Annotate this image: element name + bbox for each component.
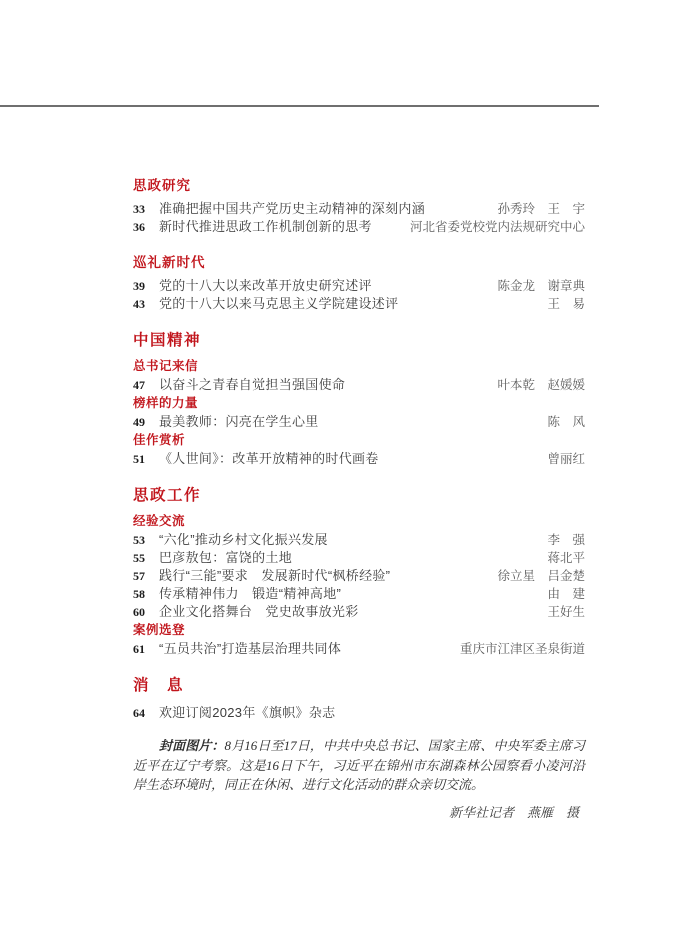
toc-entry: 60企业文化搭舞台 党史故事放光彩王好生 [133, 603, 585, 621]
section-heading: 巡礼新时代 [133, 255, 585, 271]
entry-author: 徐立星 吕金楚 [489, 567, 585, 585]
subsection-heading: 案例选登 [133, 623, 585, 638]
entry-page-number: 55 [133, 549, 159, 567]
entry-page-number: 47 [133, 376, 159, 394]
toc-group: 经验交流53“六化”推动乡村文化振兴发展李 强55巴彦敖包：富饶的土地蒋北平57… [133, 514, 585, 621]
entry-title: 《人世间》：改革开放精神的时代画卷 [159, 450, 539, 468]
section-heading: 思政工作 [133, 487, 585, 505]
cover-note: 封面图片：8月16日至17日，中共中央总书记、国家主席、中央军委主席习近平在辽宁… [133, 736, 585, 821]
entry-author: 孙秀玲 王 宇 [489, 200, 585, 218]
toc-group: 榜样的力量49最美教师：闪亮在学生心里陈 风 [133, 396, 585, 431]
entry-title: 践行“三能”要求 发展新时代“枫桥经验” [159, 567, 489, 585]
entry-author: 王 易 [539, 295, 585, 313]
entry-author: 李 强 [539, 531, 585, 549]
toc-content: 思政研究33准确把握中国共产党历史主动精神的深刻内涵孙秀玲 王 宇36新时代推进… [133, 178, 585, 741]
entry-page-number: 49 [133, 413, 159, 431]
entry-page-number: 36 [133, 218, 159, 236]
entry-author: 王好生 [539, 603, 585, 621]
toc-section: 中国精神总书记来信47以奋斗之青春自觉担当强国使命叶本乾 赵媛媛榜样的力量49最… [133, 332, 585, 468]
toc-group: 64欢迎订阅2023年《旗帜》杂志 [133, 704, 585, 722]
toc-entry: 43党的十八大以来马克思主义学院建设述评王 易 [133, 295, 585, 313]
entry-author: 由 建 [539, 585, 585, 603]
entry-title: 传承精神伟力 锻造“精神高地” [159, 585, 539, 603]
entry-page-number: 57 [133, 567, 159, 585]
toc-entry: 61“五员共治”打造基层治理共同体重庆市江津区圣泉街道 [133, 640, 585, 658]
entry-title: 新时代推进思政工作机制创新的思考 [159, 218, 402, 236]
subsection-heading: 总书记来信 [133, 359, 585, 374]
entry-title: 欢迎订阅2023年《旗帜》杂志 [159, 704, 577, 722]
entry-title: 党的十八大以来改革开放史研究述评 [159, 277, 489, 295]
entry-page-number: 61 [133, 640, 159, 658]
entry-title: 以奋斗之青春自觉担当强国使命 [159, 376, 489, 394]
subsection-heading: 佳作赏析 [133, 433, 585, 448]
toc-entry: 47以奋斗之青春自觉担当强国使命叶本乾 赵媛媛 [133, 376, 585, 394]
toc-group: 案例选登61“五员共治”打造基层治理共同体重庆市江津区圣泉街道 [133, 623, 585, 658]
magazine-toc-page: 思政研究33准确把握中国共产党历史主动精神的深刻内涵孙秀玲 王 宇36新时代推进… [0, 0, 700, 943]
entry-page-number: 60 [133, 603, 159, 621]
entry-page-number: 33 [133, 200, 159, 218]
entry-author: 重庆市江津区圣泉街道 [452, 640, 585, 658]
entry-page-number: 39 [133, 277, 159, 295]
toc-entry: 49最美教师：闪亮在学生心里陈 风 [133, 413, 585, 431]
toc-entry: 51《人世间》：改革开放精神的时代画卷曾丽红 [133, 450, 585, 468]
entry-title: “五员共治”打造基层治理共同体 [159, 640, 452, 658]
entry-author: 蒋北平 [539, 549, 585, 567]
entry-title: 最美教师：闪亮在学生心里 [159, 413, 539, 431]
section-heading: 中国精神 [133, 332, 585, 350]
entry-author: 曾丽红 [539, 450, 585, 468]
entry-author: 陈 风 [539, 413, 585, 431]
toc-group: 33准确把握中国共产党历史主动精神的深刻内涵孙秀玲 王 宇36新时代推进思政工作… [133, 200, 585, 236]
subsection-heading: 榜样的力量 [133, 396, 585, 411]
toc-group: 佳作赏析51《人世间》：改革开放精神的时代画卷曾丽红 [133, 433, 585, 468]
entry-page-number: 43 [133, 295, 159, 313]
toc-group: 总书记来信47以奋斗之青春自觉担当强国使命叶本乾 赵媛媛 [133, 359, 585, 394]
entry-title: “六化”推动乡村文化振兴发展 [159, 531, 539, 549]
photo-credit: 新华社记者 燕雁 摄 [133, 802, 585, 821]
entry-page-number: 64 [133, 704, 159, 722]
entry-title: 巴彦敖包：富饶的土地 [159, 549, 539, 567]
entry-page-number: 51 [133, 450, 159, 468]
entry-page-number: 58 [133, 585, 159, 603]
section-heading: 消 息 [133, 677, 585, 695]
entry-title: 准确把握中国共产党历史主动精神的深刻内涵 [159, 200, 489, 218]
cover-note-text: 封面图片：8月16日至17日，中共中央总书记、国家主席、中央军委主席习近平在辽宁… [133, 736, 585, 795]
section-heading: 思政研究 [133, 178, 585, 194]
entry-title: 企业文化搭舞台 党史故事放光彩 [159, 603, 539, 621]
entry-page-number: 53 [133, 531, 159, 549]
header-rule [0, 105, 599, 107]
toc-entry: 55巴彦敖包：富饶的土地蒋北平 [133, 549, 585, 567]
toc-section: 思政工作经验交流53“六化”推动乡村文化振兴发展李 强55巴彦敖包：富饶的土地蒋… [133, 487, 585, 658]
entry-author: 叶本乾 赵媛媛 [489, 376, 585, 394]
entry-author: 陈金龙 谢章典 [489, 277, 585, 295]
toc-entry: 53“六化”推动乡村文化振兴发展李 强 [133, 531, 585, 549]
toc-entry: 57践行“三能”要求 发展新时代“枫桥经验”徐立星 吕金楚 [133, 567, 585, 585]
toc-group: 39党的十八大以来改革开放史研究述评陈金龙 谢章典43党的十八大以来马克思主义学… [133, 277, 585, 313]
toc-entry: 36新时代推进思政工作机制创新的思考河北省委党校党内法规研究中心 [133, 218, 585, 236]
toc-section: 巡礼新时代39党的十八大以来改革开放史研究述评陈金龙 谢章典43党的十八大以来马… [133, 255, 585, 313]
toc-section: 消 息64欢迎订阅2023年《旗帜》杂志 [133, 677, 585, 722]
toc-entry: 39党的十八大以来改革开放史研究述评陈金龙 谢章典 [133, 277, 585, 295]
entry-title: 党的十八大以来马克思主义学院建设述评 [159, 295, 539, 313]
table-of-contents: 思政研究33准确把握中国共产党历史主动精神的深刻内涵孙秀玲 王 宇36新时代推进… [133, 178, 585, 722]
subsection-heading: 经验交流 [133, 514, 585, 529]
entry-author: 河北省委党校党内法规研究中心 [402, 218, 585, 236]
cover-note-label: 封面图片： [159, 738, 225, 753]
toc-section: 思政研究33准确把握中国共产党历史主动精神的深刻内涵孙秀玲 王 宇36新时代推进… [133, 178, 585, 236]
toc-entry: 33准确把握中国共产党历史主动精神的深刻内涵孙秀玲 王 宇 [133, 200, 585, 218]
toc-entry: 64欢迎订阅2023年《旗帜》杂志 [133, 704, 585, 722]
toc-entry: 58传承精神伟力 锻造“精神高地”由 建 [133, 585, 585, 603]
